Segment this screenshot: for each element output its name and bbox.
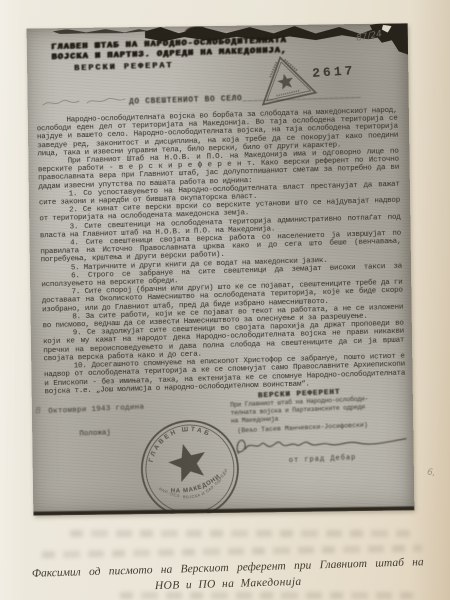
addressee-line: ДО СВЕШТЕНИОТ ВО СЕЛО___________________… [129, 91, 361, 107]
addressee-text: ДО СВЕШТЕНИОТ ВО СЕЛО [129, 94, 243, 106]
date-line: Октомври 1943 година [48, 404, 144, 416]
svg-text:ГЛАВЕН ШТАБ: ГЛАВЕН ШТАБ [141, 419, 216, 465]
round-stamp-top-text: ГЛАВЕН ШТАБ [141, 419, 216, 465]
handwritten-day: 8 [35, 406, 41, 416]
handwritten-number: 87/24 [356, 29, 383, 44]
star-icon [276, 72, 295, 90]
signature-block: ВЕРСКИ РЕФЕРЕНТ При Главниот штаб на Нар… [230, 385, 415, 467]
star-icon [165, 439, 211, 484]
document-body: Народно-ослободителната војска во борбат… [36, 107, 405, 396]
place-line: Положај [79, 429, 111, 438]
pencil-scribble [41, 91, 127, 112]
figure-caption: Факсимил од писмото на Верскиот референт… [32, 554, 425, 598]
registry-number-stamp: 2617 [312, 63, 356, 81]
page-bleedthrough [70, 530, 410, 537]
book-page: ГЛАВЕН ШТАБ НА НАРОДНО-ОСЛОБОДИТЕЛНАТА В… [0, 0, 450, 600]
pencil-margin-mark: 6, [427, 467, 437, 478]
document-photo: ГЛАВЕН ШТАБ НА НАРОДНО-ОСЛОБОДИТЕЛНАТА В… [27, 23, 415, 515]
typewritten-letter: ГЛАВЕН ШТАБ НА НАРОДНО-ОСЛОБОДИТЕЛНАТА В… [27, 23, 415, 515]
